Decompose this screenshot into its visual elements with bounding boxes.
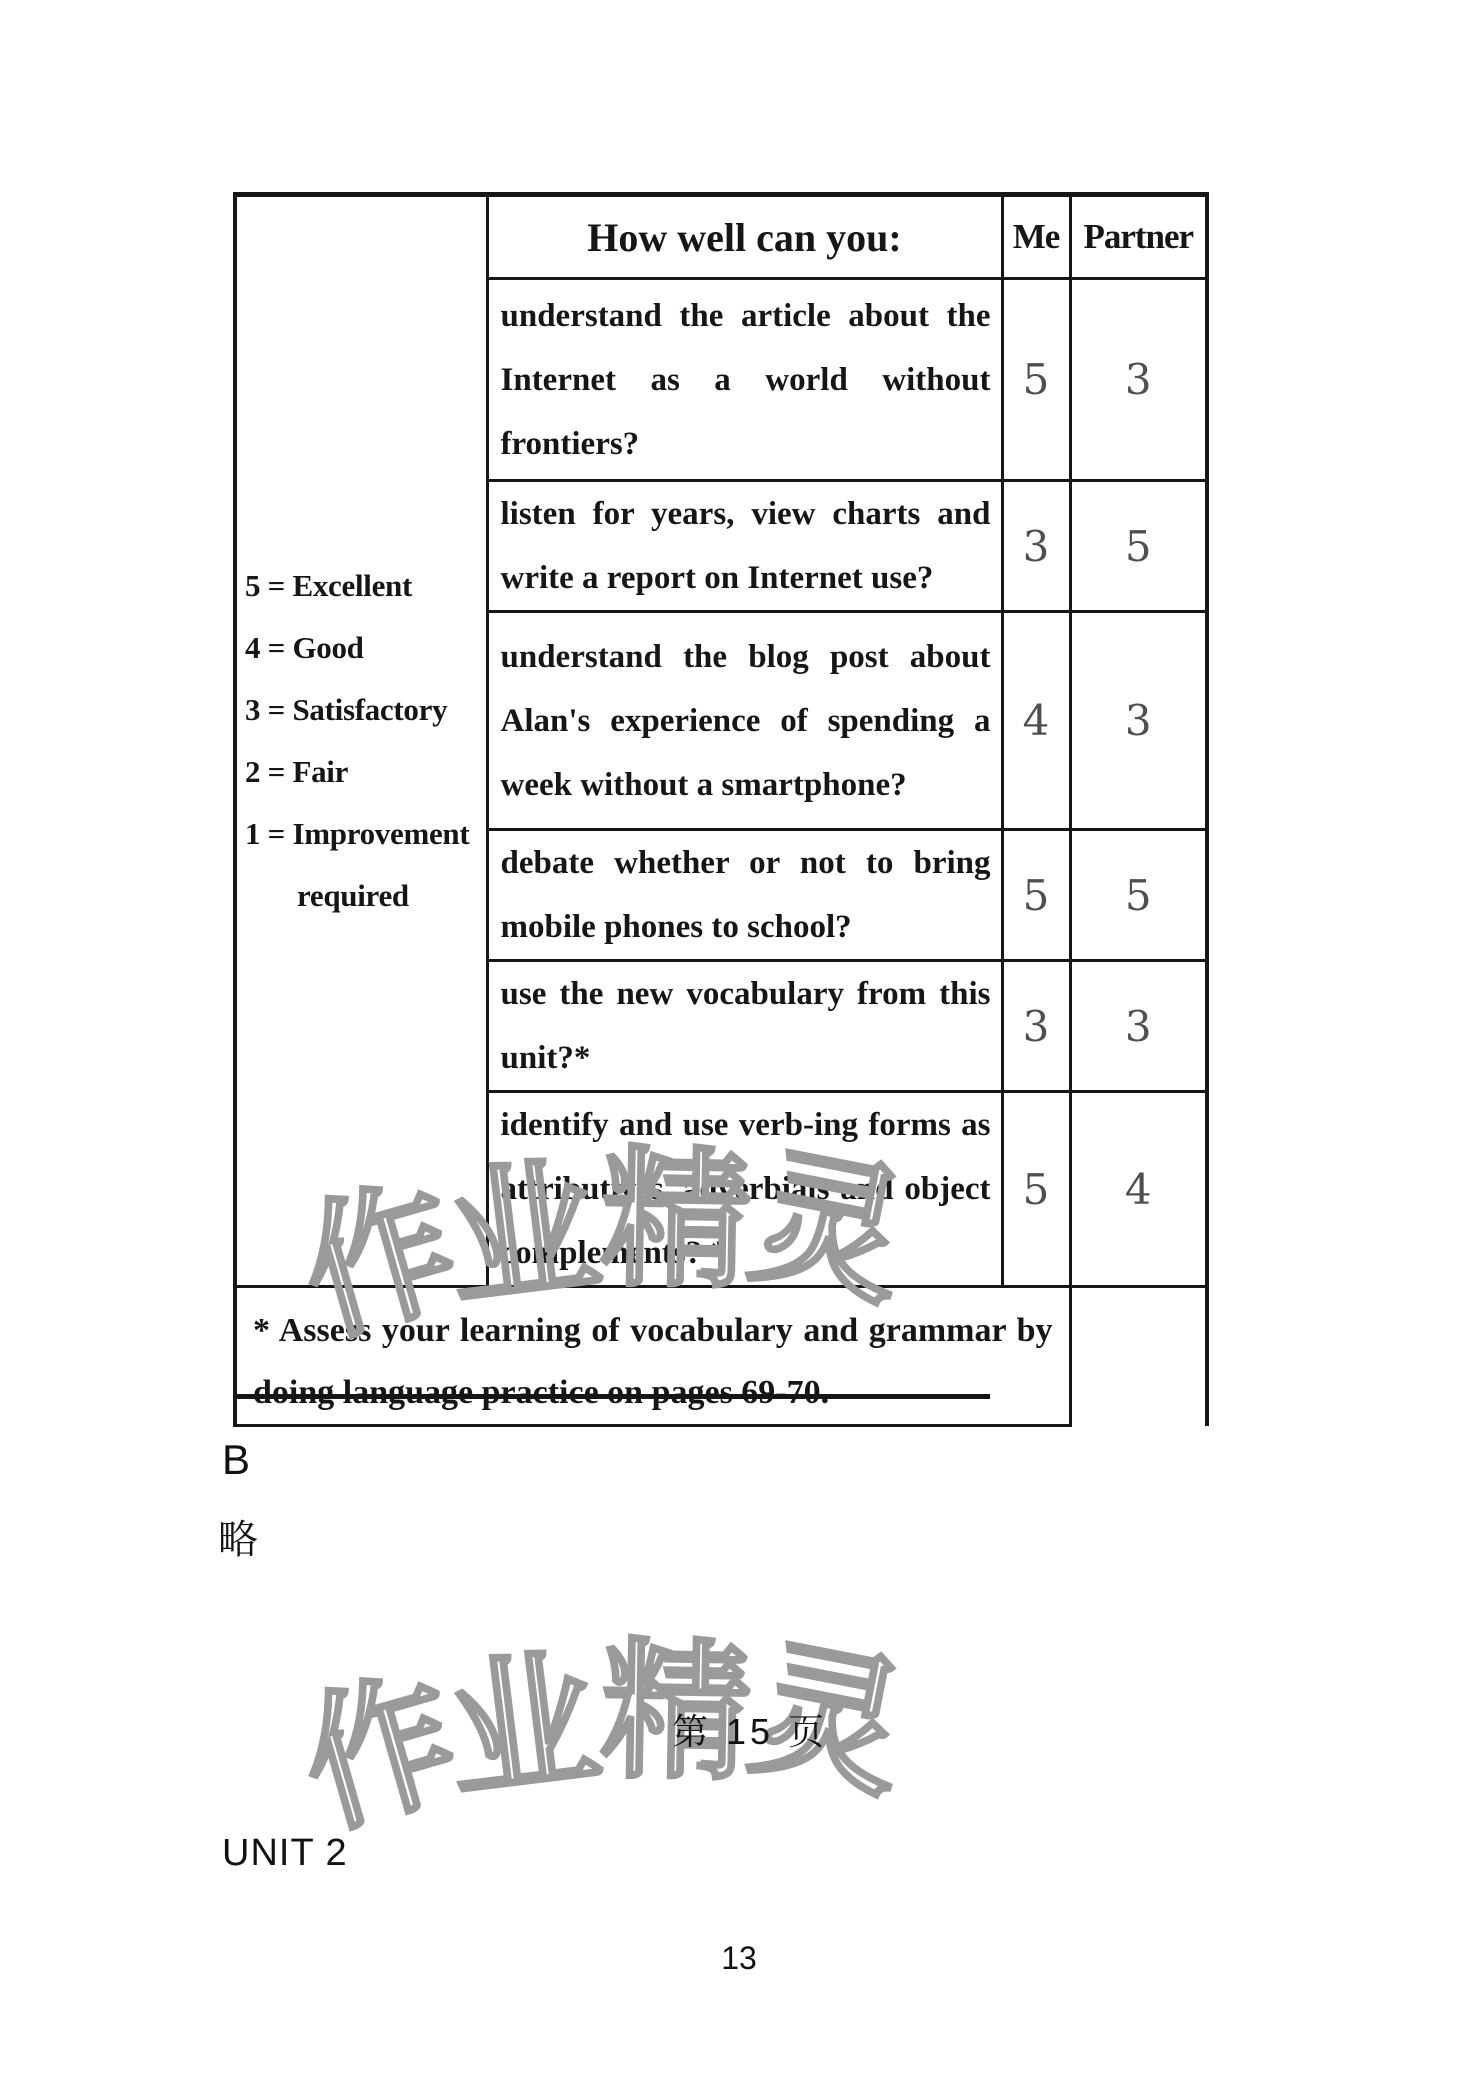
question-cell: understand the article about the Interne… (487, 279, 1002, 481)
me-score: 3 (1002, 961, 1070, 1092)
me-score: 3 (1002, 481, 1070, 612)
me-column-header: Me (1002, 195, 1070, 279)
partner-score: 3 (1070, 279, 1207, 481)
legend-line-good: 4 = Good (245, 617, 485, 679)
legend-line-fair: 2 = Fair (245, 741, 485, 803)
partner-column-header: Partner (1070, 195, 1207, 279)
partner-score: 5 (1070, 830, 1207, 961)
partner-score: 4 (1070, 1092, 1207, 1287)
table-header-row: 5 = Excellent 4 = Good 3 = Satisfactory … (235, 195, 1207, 279)
legend-line-excellent: 5 = Excellent (245, 555, 485, 617)
table-bottom-border (233, 1394, 990, 1399)
unit-heading: UNIT 2 (222, 1832, 348, 1875)
section-b-label: B (222, 1436, 250, 1484)
source-page-marker: 第 15 页 (672, 1704, 828, 1755)
page-number: 13 (699, 1940, 779, 1977)
me-score: 5 (1002, 1092, 1070, 1287)
legend-line-satisfactory: 3 = Satisfactory (245, 679, 485, 741)
footnote-row: * Assess your learning of vocabulary and… (235, 1287, 1207, 1426)
question-cell: listen for years, view charts and write … (487, 481, 1002, 612)
rating-legend-cell: 5 = Excellent 4 = Good 3 = Satisfactory … (235, 195, 487, 1287)
partner-score: 3 (1070, 612, 1207, 830)
footnote-cell: * Assess your learning of vocabulary and… (235, 1287, 1070, 1426)
partner-score: 5 (1070, 481, 1207, 612)
question-cell: understand the blog post about Alan's ex… (487, 612, 1002, 830)
me-score: 4 (1002, 612, 1070, 830)
scanned-document-page: 5 = Excellent 4 = Good 3 = Satisfactory … (0, 0, 1478, 2092)
question-cell: use the new vocabulary from this unit?* (487, 961, 1002, 1092)
question-cell: debate whether or not to bring mobile ph… (487, 830, 1002, 961)
question-cell: identify and use verb-ing forms as attri… (487, 1092, 1002, 1287)
me-score: 5 (1002, 279, 1070, 481)
assessment-table: 5 = Excellent 4 = Good 3 = Satisfactory … (233, 192, 1209, 1427)
watermark-char: 作 (288, 1661, 474, 1847)
legend-line-improvement: 1 = Improvement (245, 803, 485, 865)
partner-score: 3 (1070, 961, 1207, 1092)
watermark-char: 业 (440, 1643, 607, 1810)
legend-line-required: required (245, 865, 485, 927)
me-score: 5 (1002, 830, 1070, 961)
question-column-header: How well can you: (487, 195, 1002, 279)
section-b-answer: 略 (218, 1508, 258, 1565)
